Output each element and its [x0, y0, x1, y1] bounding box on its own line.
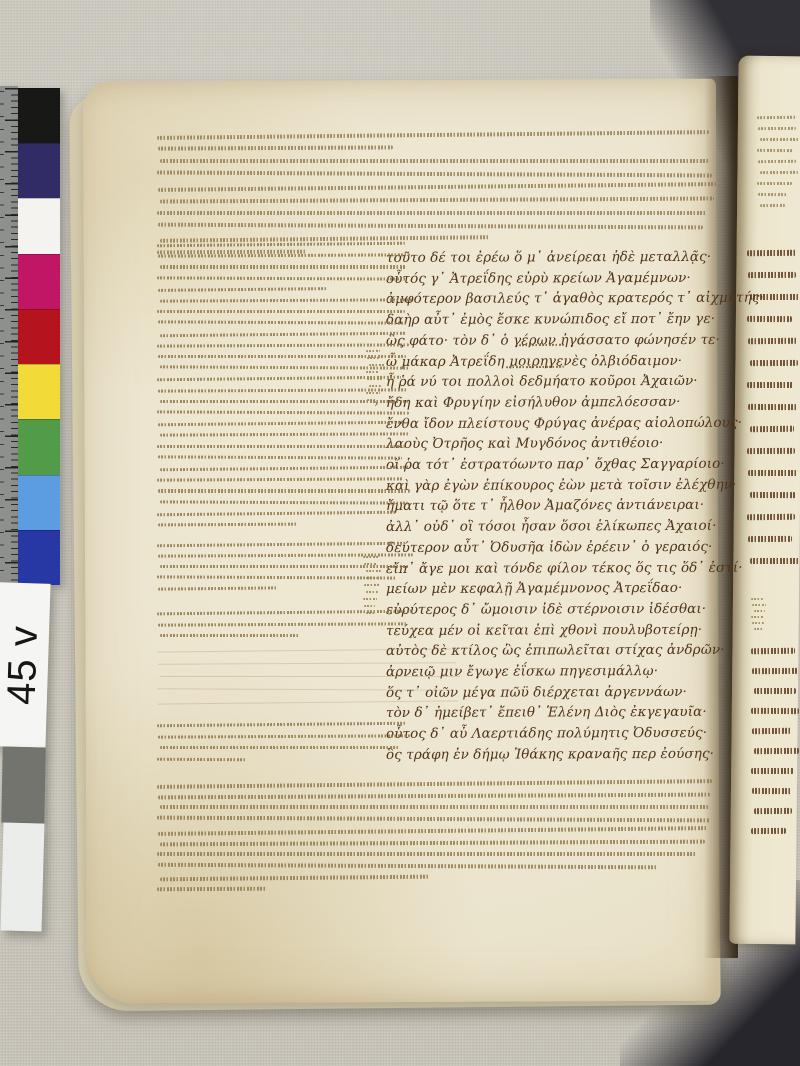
main-text-line: τοῦτο δέ τοι ἐρέω ὅ μ᾽ ἀνείρεαι ἠδὲ μετα…: [386, 251, 711, 266]
ruler-long-ticks: [5, 88, 18, 594]
ruling-lines-line: [160, 676, 460, 677]
color-patch-magenta: [18, 254, 60, 309]
facing-main-upper-line: [748, 404, 798, 410]
facing-main-upper-line: [750, 558, 800, 564]
main-text-line: εἴπ᾽ ἄγε μοι καὶ τόνδε φίλον τέκος ὅς τι…: [386, 561, 743, 576]
facing-scholia-top-line: [760, 138, 800, 141]
main-text-line: ἤματι τῷ ὅτε τ᾽ ἦλθον Ἀμαζόνες ἀντιάνειρ…: [386, 499, 704, 514]
facing-main-upper-line: [746, 448, 794, 454]
facing-main-lower-line: [751, 768, 794, 774]
white-calibration-card: [1, 822, 45, 931]
margin-note-1-line: [366, 392, 380, 394]
margin-note-2-line: [362, 577, 376, 579]
facing-margin-note-line: [750, 598, 762, 600]
ruler-edge-ticks: [0, 91, 4, 597]
margin-note-1-line: [369, 364, 385, 366]
main-text-line: μείων μὲν κεφαλῇ Ἀγαμέμνονος Ἀτρεΐδαο·: [386, 582, 682, 597]
facing-main-upper-line: [749, 492, 795, 498]
margin-note-2-line: [362, 556, 378, 558]
margin-note-1-line: [368, 385, 380, 387]
margin-note-1-line: [365, 350, 379, 352]
facing-margin-note-line: [752, 604, 766, 606]
margin-note-2-line: [364, 584, 380, 586]
color-patch-dark-navy: [18, 143, 60, 198]
facing-main-lower-line: [753, 748, 798, 754]
facing-main-upper-line: [746, 250, 796, 256]
main-text-line: λαοὺς Ὀτρῆος καὶ Μυγδόνος ἀντιθέοιο·: [386, 437, 663, 451]
facing-margin-note-line: [753, 628, 763, 630]
main-text-line: ὣς φάτο· τὸν δ᾽ ὁ γέρων ἠγάσσατο φώνησέν…: [386, 334, 720, 349]
main-text-line: οὗτός γ᾽ Ἀτρεΐδης εὐρὺ κρείων Ἀγαμέμνων·: [386, 272, 691, 287]
color-patch-yellow: [18, 364, 60, 419]
margin-note-2-line: [365, 591, 377, 593]
facing-main-upper-line: [747, 382, 793, 388]
facing-main-upper-line: [749, 360, 797, 366]
margin-note-1-line: [367, 357, 379, 359]
scholia-left-4-line: [160, 746, 400, 749]
facing-scholia-top-line: [759, 171, 797, 174]
scholia-left-3-line: [160, 634, 300, 637]
scholia-left-2-line: [160, 565, 410, 568]
margin-note-2-line: [364, 563, 377, 565]
facing-scholia-top-line: [756, 116, 796, 119]
facing-main-lower-line: [752, 728, 792, 734]
main-text-line: τὸν δ᾽ ἠμείβετ᾽ ἔπειθ᾽ Ἑλένη Διὸς ἐκγεγα…: [386, 706, 707, 721]
main-text-line: οἵ ῥα τότ᾽ ἐστρατόωντο παρ᾽ ὄχθας Σαγγαρ…: [386, 458, 725, 473]
main-text-line: τεύχεα μέν οἱ κεῖται ἐπὶ χθονὶ πουλυβοτε…: [386, 623, 702, 638]
main-text-line: οὗτος δ᾽ αὖ Λαερτιάδης πολύμητις Ὀδυσσεύ…: [386, 727, 707, 742]
facing-main-lower-line: [750, 828, 785, 834]
facing-main-upper-line: [748, 536, 792, 542]
color-patch-green: [18, 419, 60, 474]
scholia-top-line: [160, 159, 710, 163]
main-text-line: καὶ γὰρ ἐγὼν ἐπίκουρος ἐὼν μετὰ τοῖσιν ἐ…: [386, 478, 737, 493]
facing-margin-note-line: [752, 622, 764, 624]
facing-scholia-top-line: [756, 149, 792, 152]
facing-main-lower-line: [752, 788, 792, 794]
main-text-line: δαὴρ αὖτ᾽ ἐμὸς ἔσκε κυνώπιδος εἴ ποτ᾽ ἔη…: [386, 313, 715, 328]
margin-note-2-line: [366, 570, 381, 572]
color-patch-blue: [18, 530, 60, 585]
facing-scholia-top-line: [758, 193, 788, 196]
main-text-line: ἤδη καὶ Φρυγίην εἰσήλυθον ἀμπελόεσσαν·: [386, 396, 680, 411]
facing-main-lower-line: [754, 688, 796, 694]
margin-note-1-line: [367, 378, 382, 380]
main-text-line: δεύτερον αὖτ᾽ Ὀδυσῆα ἰδὼν ἐρέειν᾽ ὁ γερα…: [386, 541, 712, 556]
main-text-line: ὃς τράφη ἐν δήμῳ Ἰθάκης κραναῆς περ ἐούσ…: [386, 748, 714, 763]
margin-note-1-line: [365, 371, 378, 373]
facing-scholia-top-line: [759, 204, 784, 207]
margin-note-1-line: [367, 399, 377, 401]
scholia-left-main-line: [158, 489, 410, 492]
main-text-line: ἔνθα ἴδον πλείστους Φρύγας ἀνέρας αἰολοπ…: [386, 416, 742, 431]
color-calibration-bar: [18, 88, 60, 585]
color-patch-white: [18, 198, 60, 253]
color-patch-black: [18, 88, 60, 143]
facing-main-upper-line: [748, 272, 796, 278]
scholia-bottom-line: [157, 852, 697, 856]
facing-main-upper-line: [746, 316, 791, 322]
main-text-line: ἀλλ᾽ οὐδ᾽ οἳ τόσοι ἦσαν ὅσοι ἑλίκωπες Ἀχ…: [386, 520, 717, 535]
main-text-line: εὐρύτερος δ᾽ ὤμοισιν ἰδὲ στέρνοισιν ἰδέσ…: [386, 603, 706, 618]
facing-main-upper-line: [750, 294, 800, 300]
facing-main-upper-line: [746, 514, 794, 520]
scholia-bottom-line: [160, 805, 710, 809]
facing-main-lower-line: [752, 668, 798, 674]
folio-number-label: 45 v: [1, 625, 43, 706]
scholia-top-line: [157, 211, 707, 215]
main-text-line: αὐτὸς δὲ κτίλος ὣς ἐπιπωλεῖται στίχας ἀν…: [386, 644, 725, 659]
scholia-left-main-line: [157, 445, 405, 448]
scholia-left-main-line: [157, 310, 405, 313]
folio-number-card: 45 v: [0, 582, 51, 748]
facing-main-lower-line: [750, 708, 798, 714]
facing-scholia-top-line: [758, 160, 798, 163]
margin-note-2-line: [365, 612, 374, 614]
main-text-line: ἀρνειῷ μιν ἔγωγε ἐΐσκω πηγεσιμάλλῳ·: [386, 665, 658, 679]
scholia-left-4-line: [156, 757, 246, 761]
margin-note-2-line: [363, 598, 377, 600]
facing-scholia-top-line: [758, 127, 796, 130]
color-patch-sky-blue: [18, 475, 60, 530]
main-text-line: ὅς τ᾽ οἰῶν μέγα πῶϋ διέρχεται ἀργεννάων·: [386, 686, 687, 701]
margin-note-2-line: [364, 605, 375, 607]
facing-main-upper-line: [748, 338, 798, 344]
main-text-line: ἀμφότερον βασιλεύς τ᾽ ἀγαθὸς κρατερός τ᾽…: [386, 292, 764, 307]
facing-main-upper-line: [748, 470, 798, 476]
color-patch-red: [18, 309, 60, 364]
facing-main-lower-line: [753, 808, 791, 814]
photo-stage: 45 v τοῦτο δέ τοι ἐρέω ὅ μ᾽ ἀνείρεαι ἠδὲ…: [0, 0, 800, 1066]
facing-main-lower-line: [750, 648, 794, 654]
facing-main-upper-line: [749, 426, 793, 432]
main-text-line: ἦ ῥά νύ τοι πολλοὶ δεδμήατο κοῦροι Ἀχαιῶ…: [386, 375, 698, 390]
gray-calibration-card: [1, 747, 46, 824]
facing-margin-note-line: [754, 610, 765, 612]
scholia-left-main-line: [160, 265, 406, 268]
photographic-ruler: [0, 86, 18, 592]
facing-scholia-top-line: [757, 182, 792, 185]
facing-margin-note-line: [750, 616, 763, 618]
